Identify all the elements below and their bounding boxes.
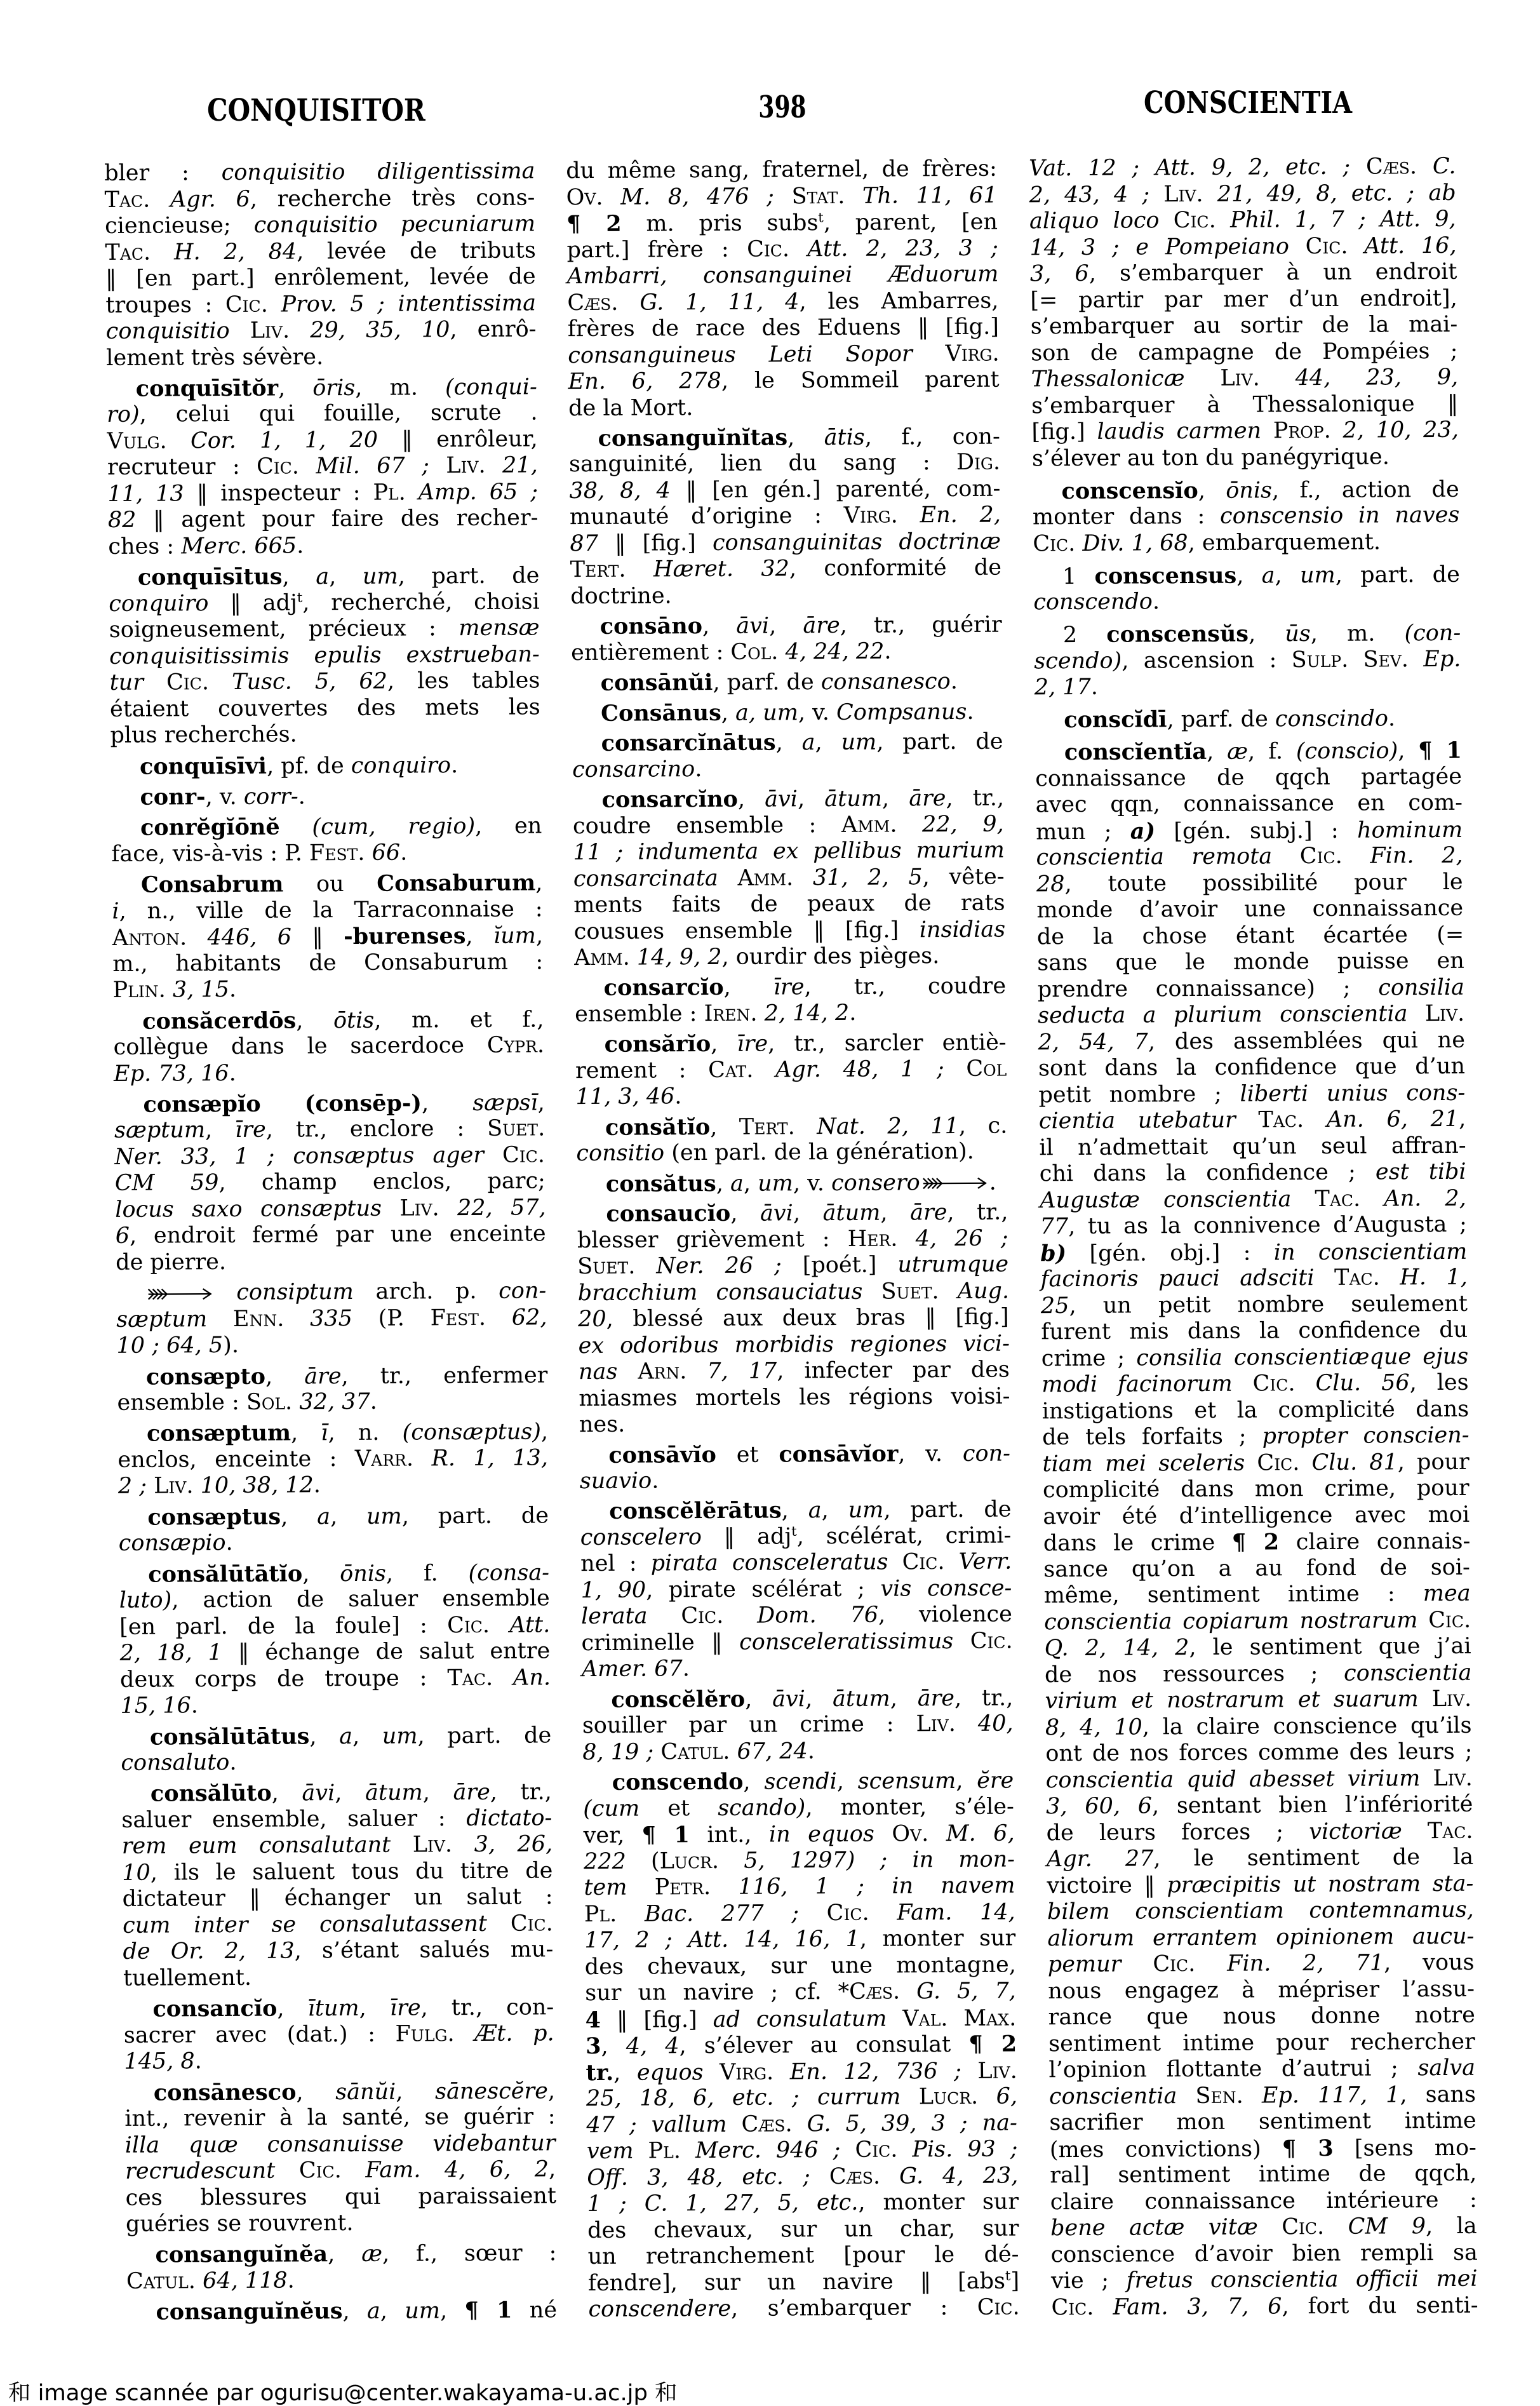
dictionary-line: facinoris pauci adsciti Tac. H. 1,	[1040, 1265, 1467, 1293]
bold-text: consæpto	[146, 1363, 265, 1390]
line-text: consătus, a, um, v. consero.	[606, 1169, 996, 1198]
dictionary-line: 8, 4, 10, la claire conscience qu’ils	[1045, 1712, 1472, 1741]
italic-text: consarcinata	[573, 865, 718, 891]
italic-text: Merc. 665	[181, 533, 297, 559]
line-text: Cic. Div. 1, 68, embarquement.	[1033, 529, 1381, 557]
line-text: seducta a plurium conscientia Liv.	[1038, 1001, 1464, 1030]
bold-text: conscĕlĕrātus	[609, 1498, 782, 1524]
entry-first-line: Consānus, a, um, v. Compsanus.	[572, 698, 1003, 727]
italic-text: dictato-	[466, 1805, 552, 1831]
bold-text: Consabrum	[141, 871, 284, 898]
italic-text: conscendo	[1033, 589, 1153, 615]
italic-text: um	[363, 564, 398, 589]
line-text: 11, 3, 46.	[575, 1084, 681, 1111]
author-abbreviation: Petr.	[655, 1874, 711, 1900]
author-abbreviation: P. Fest.	[285, 840, 365, 866]
author-abbreviation: Liv.	[399, 1195, 439, 1221]
italic-text: in equos	[769, 1822, 874, 1848]
dictionary-line: conquiro ‖ adjt, recherché, choisi	[109, 589, 539, 617]
line-text: Plin. 3, 15.	[112, 977, 236, 1004]
dictionary-line: de leurs forces ; victoriæ Tac.	[1046, 1818, 1473, 1846]
line-text: lerata Cic. Dom. 76, violence	[581, 1602, 1012, 1630]
italic-text: bracchium consauciatus	[577, 1279, 862, 1305]
dictionary-line: sance qu’on a au fond de soi-	[1043, 1554, 1470, 1583]
dictionary-line: consarcino.	[572, 755, 1003, 783]
italic-text: ūs	[1285, 621, 1311, 647]
italic-text: utrumque	[897, 1252, 1008, 1278]
author-abbreviation: Lucr.	[659, 1848, 719, 1874]
line-text: s’élever au ton du panégyrique.	[1032, 444, 1389, 472]
line-text: 4 ‖ [fig.] ad consulatum Val. Max.	[585, 2005, 1016, 2034]
line-text: sentiment intime pour rechercher	[1048, 2029, 1475, 2057]
italic-text: Amer. 67	[582, 1657, 683, 1683]
italic-text: G. 5, 7,	[916, 1979, 1016, 2005]
italic-text: tur	[109, 670, 144, 696]
author-abbreviation: Sen.	[1195, 2083, 1243, 2108]
dictionary-line: Cic. Fam. 3, 7, 6, fort du senti-	[1051, 2292, 1478, 2321]
italic-text: equos	[637, 2060, 704, 2086]
bold-text: consălūto	[151, 1780, 272, 1807]
line-text: sacrifier mon sentiment intime	[1049, 2108, 1476, 2137]
dictionary-line: sans que le monde puisse en	[1037, 948, 1464, 977]
italic-text: locus saxo consæptus	[115, 1196, 382, 1223]
dictionary-line: Ep. 73, 16.	[114, 1059, 544, 1087]
dictionary-line: tem Petr. 116, 1 ; in navem	[584, 1873, 1015, 1902]
author-abbreviation: Sulp. Sev.	[1291, 647, 1409, 673]
author-abbreviation: Cic.	[1153, 1951, 1195, 1977]
dictionary-line: criminelle ‖ consceleratissimus Cic.	[581, 1629, 1012, 1657]
line-text: s’embarquer au sortir de la mai-	[1031, 312, 1458, 340]
italic-text: 38, 8, 4	[569, 478, 671, 504]
line-text: Pl. Bac. 277 ; Cic. Fam. 14,	[584, 1899, 1015, 1928]
italic-text: con-	[963, 1441, 1010, 1466]
dictionary-line: 14, 3 ; e Pompeiano Cic. Att. 16,	[1029, 232, 1456, 261]
line-text: b) [gén. obj.] : in conscientiam	[1040, 1238, 1468, 1267]
author-abbreviation: Cic.	[1282, 2214, 1324, 2240]
author-abbreviation: Stat.	[791, 183, 845, 208]
dictionary-line: s’élever au ton du panégyrique.	[1032, 443, 1459, 472]
dictionary-line: sæptum Enn. 335 (P. Fest. 62,	[116, 1305, 547, 1333]
bold-text: conquīsītus	[138, 564, 283, 591]
superscript: t	[818, 210, 824, 225]
line-text: 47 ; vallum Cæs. G. 5, 39, 3 ; na-	[586, 2110, 1017, 2139]
entry-first-line: consanguĭnĕus, a, um, ¶ 1 né	[126, 2297, 557, 2326]
italic-text: Fam. 3, 7, 6	[1113, 2294, 1282, 2320]
line-text: s’embarquer à Thessalonique ‖	[1031, 391, 1459, 419]
dictionary-line: conscientia copiarum nostrarum Cic.	[1044, 1607, 1471, 1636]
author-abbreviation: Cic.	[1257, 1450, 1299, 1475]
italic-text: 145, 8	[124, 2049, 195, 2075]
italic-text: conquiro	[351, 753, 452, 779]
dictionary-line: 20, blessé aux deux bras ‖ [fig.]	[578, 1305, 1009, 1333]
italic-text: a	[339, 1724, 352, 1749]
dictionary-line: saluer ensemble, saluer : dictato-	[121, 1805, 552, 1834]
italic-text: consitio	[576, 1141, 664, 1167]
italic-text: pemur	[1048, 1952, 1122, 1978]
dictionary-line: s’embarquer au sortir de la mai-	[1031, 312, 1457, 340]
line-text: sacrer avec (dat.) : Fulg. Æt. p.	[124, 2020, 554, 2049]
italic-text: 15, 16	[120, 1693, 191, 1719]
entry-first-line: conscensĭo, ōnis, f., action de	[1032, 476, 1459, 504]
italic-text: conquisitio pecuniarum	[254, 211, 536, 238]
italic-text: ōnis	[340, 1561, 386, 1586]
italic-text: CM 9	[1348, 2214, 1426, 2240]
line-text: conscensĭo, ōnis, f., action de	[1061, 476, 1459, 505]
dictionary-line: scendo), ascension : Sulp. Sev. Ep.	[1034, 646, 1461, 675]
line-text: Augustæ conscientia Tac. An. 2,	[1040, 1185, 1466, 1214]
italic-text: Ner. 33, 1 ; consæptus ager	[114, 1143, 484, 1170]
line-text: Tac. Agr. 6, recherche très cons-	[104, 185, 535, 213]
italic-text: Ep. 73, 16	[114, 1061, 229, 1087]
italic-text: consero	[831, 1170, 920, 1196]
line-text: 6, endroit fermé par une enceinte	[116, 1221, 546, 1250]
dictionary-line: soigneusement, précieux : mensæ	[109, 615, 540, 644]
author-abbreviation: Liv.	[413, 1832, 453, 1858]
line-text: conquīsītŏr, ōris, m. (conqui-	[136, 373, 537, 403]
author-abbreviation: Cic.	[511, 1911, 553, 1936]
italic-text: modi facinorum	[1041, 1371, 1233, 1398]
italic-text: conscindo	[1275, 706, 1388, 732]
italic-text: um	[405, 2299, 440, 2324]
italic-text: ī	[321, 1421, 328, 1446]
italic-text: Amp. 65 ;	[418, 479, 539, 505]
bold-text: consæpĭo	[143, 1091, 260, 1118]
dictionary-line: l’opinion flottante d’autrui ; salva	[1048, 2055, 1475, 2084]
italic-text: 335	[310, 1306, 352, 1331]
italic-text: An.	[513, 1665, 551, 1690]
italic-text: conscientia	[1049, 2083, 1177, 2109]
bold-text: consæptum	[147, 1420, 291, 1447]
dictionary-line: Augustæ conscientia Tac. An. 2,	[1040, 1185, 1466, 1214]
bold-text: consarcĭnātus	[601, 730, 775, 756]
italic-text: consaluto	[121, 1750, 229, 1776]
dictionary-line: ments faits de peaux de rats	[573, 890, 1005, 919]
italic-text: victoriæ	[1309, 1818, 1402, 1845]
entry-first-line: 1 conscensus, a, um, part. de	[1033, 561, 1460, 589]
italic-text: a	[367, 2299, 380, 2324]
dictionary-line: 11 ; indumenta ex pellibus murium	[573, 838, 1004, 866]
dictionary-line: souiller par un crime : Liv. 40,	[582, 1711, 1014, 1740]
bold-text: (consēp-)	[305, 1090, 422, 1117]
dictionary-line: rement : Cat. Agr. 48, 1 ; Col	[575, 1056, 1007, 1084]
dictionary-line: luto), action de saluer ensemble	[119, 1586, 550, 1615]
italic-text: 6	[116, 1223, 130, 1249]
bold-text: conscensĭo	[1061, 477, 1198, 504]
line-text: consăcerdōs, ōtis, m. et f.,	[142, 1006, 544, 1035]
line-text: consæpio.	[119, 1530, 233, 1557]
entry-first-line: 2 conscensŭs, ūs, m. (con-	[1034, 620, 1461, 649]
italic-text: 3, 26,	[474, 1832, 552, 1858]
author-abbreviation: Cic.	[299, 2158, 342, 2183]
bold-text: consălūtātĭo	[148, 1561, 302, 1587]
italic-text: āvi	[760, 1200, 793, 1226]
italic-text: 2, 54, 7	[1038, 1029, 1148, 1055]
line-text: conrĕgĭōnĕ (cum, regio), en	[140, 813, 542, 842]
italic-text: 62,	[512, 1305, 547, 1330]
line-text: sæptum, īre, tr., enclore : Suet.	[114, 1116, 546, 1145]
dictionary-line: rance que nous donne notre	[1048, 2003, 1475, 2031]
line-text: consāno, āvi, āre, tr., guérir	[600, 612, 1002, 641]
author-abbreviation: Cic.	[225, 292, 268, 317]
italic-text: liberti unius cons-	[1240, 1080, 1465, 1106]
line-text: consanguĭnĭtas, ātis, f., con-	[598, 424, 1000, 453]
feathered-arrow-icon	[147, 1286, 213, 1303]
line-text: consarcĭnātus, a, um, part. de	[601, 729, 1003, 758]
dictionary-line: locus saxo consæptus Liv. 22, 57,	[115, 1195, 546, 1223]
italic-text: consilia conscientiæque ejus	[1136, 1343, 1468, 1371]
dictionary-line: 11, 3, 46.	[575, 1082, 1007, 1111]
entry-first-line: conquīsītus, a, um, part. de	[109, 563, 539, 591]
italic-text: um	[848, 1498, 883, 1523]
italic-text: (cum	[583, 1796, 639, 1821]
line-text: de pierre.	[116, 1249, 226, 1276]
line-text: miasmes mortels les régions voisi-	[579, 1383, 1010, 1412]
italic-text: 31, 2, 5	[813, 864, 923, 890]
italic-text: scando)	[718, 1795, 806, 1821]
author-abbreviation: Liv.	[1433, 1765, 1473, 1791]
line-text: scendo), ascension : Sulp. Sev. Ep.	[1034, 646, 1461, 675]
line-text: étaient couvertes des mets les	[110, 694, 540, 723]
italic-text: conquisitio diligentissima	[221, 158, 535, 185]
bold-text: consărĭo	[604, 1031, 711, 1058]
author-abbreviation: Enn.	[233, 1306, 285, 1331]
italic-text: est tibi	[1376, 1159, 1466, 1185]
line-text: 28, toute possibilité pour le	[1036, 869, 1463, 897]
line-text: sance qu’on a au fond de soi-	[1043, 1554, 1470, 1583]
line-text: 11, 13 ‖ inspecteur : Pl. Amp. 65 ;	[107, 479, 538, 507]
line-text: sæptum Enn. 335 (P. Fest. 62,	[116, 1305, 547, 1333]
author-abbreviation: Sol.	[246, 1390, 293, 1415]
entry-first-line: consălūtātĭo, ōnis, f. (consa-	[119, 1559, 549, 1588]
bold-text: consānesco	[154, 2079, 297, 2106]
line-text: bracchium consauciatus Suet. Aug.	[577, 1278, 1009, 1307]
line-text: blesser grièvement : Her. 4, 26 ;	[577, 1225, 1008, 1254]
italic-text: āre	[304, 1364, 342, 1389]
line-text: virium et nostrarum et suarum Liv.	[1045, 1686, 1471, 1715]
dictionary-line: conscelero ‖ adjt, scélérat, crimi-	[580, 1523, 1012, 1552]
entry-first-line: consancĭo, ītum, īre, tr., con-	[123, 1994, 554, 2023]
entry-first-line: consaucĭo, āvi, ātum, āre, tr.,	[577, 1199, 1008, 1228]
italic-text: sæptum	[114, 1118, 205, 1144]
italic-text: Fam. 4, 6, 2	[365, 2156, 549, 2183]
author-abbreviation: Col.	[730, 639, 778, 664]
author-abbreviation: Cæs.	[829, 2163, 880, 2189]
line-text: conscĭentĭa, æ, f. (conscio), ¶ 1	[1064, 737, 1463, 767]
line-text: conscĕlĕrātus, a, um, part. de	[609, 1496, 1012, 1526]
line-text: (cum et scando), monter, s’éle-	[583, 1794, 1014, 1822]
line-text: conquisitio Liv. 29, 35, 10, enrô-	[106, 316, 537, 345]
dictionary-line: [= partir par mer d’un endroit],	[1030, 285, 1457, 314]
dictionary-line: de Or. 2, 13, s’étant salués mu-	[123, 1937, 553, 1966]
entry-first-line: Consabrum ou Consaburum,	[112, 870, 542, 899]
bold-text: conquīsītŏr	[136, 375, 279, 401]
line-text: fendre], sur un navire ‖ [abst]	[588, 2268, 1020, 2297]
dictionary-line: Tac. Agr. 6, recherche très cons-	[104, 185, 535, 213]
italic-text: Cor. 1, 1, 20	[191, 427, 378, 454]
line-text: chi dans la confidence ; est tibi	[1040, 1159, 1466, 1188]
italic-text: āvi	[736, 614, 769, 639]
italic-text: īre	[773, 975, 805, 1000]
italic-text: G. 5, 39, 3 ; na-	[807, 2110, 1017, 2137]
italic-text: ōnis	[1226, 478, 1272, 503]
bold-text: conscĕlĕro	[611, 1686, 745, 1713]
author-abbreviation: Pl.	[373, 480, 406, 505]
italic-text: sæptum	[116, 1307, 207, 1333]
dictionary-line: coudre ensemble : Amm. 22, 9,	[573, 811, 1004, 840]
dictionary-line: sanguinité, lien du sang : Dig.	[569, 450, 1000, 478]
italic-text: Hæret. 32	[653, 556, 789, 582]
line-text: 2 conscensŭs, ūs, m. (con-	[1063, 620, 1461, 649]
dictionary-line: tuellement.	[123, 1963, 554, 1992]
italic-text: consanguineus Leti Sopor	[568, 341, 913, 368]
italic-text: Merc. 946 ;	[695, 2137, 841, 2163]
dictionary-line: 47 ; vallum Cæs. G. 5, 39, 3 ; na-	[586, 2110, 1017, 2139]
line-text: ex odoribus morbidis regiones vici-	[578, 1331, 1010, 1359]
entry-first-line: conscĭentĭa, æ, f. (conscio), ¶ 1	[1035, 737, 1462, 766]
line-text: Consānus, a, um, v. Compsanus.	[601, 699, 974, 728]
line-text: conquīsīvi, pf. de conquiro.	[140, 752, 459, 781]
page-body: bler : conquisitio diligentissimaTac. Ag…	[0, 0, 1540, 2406]
entry-first-line: conrĕgĭōnĕ (cum, regio), en	[111, 813, 542, 842]
section-mark: ¶ 1	[464, 2297, 512, 2323]
italic-text: bilem conscientiam contemnamus,	[1047, 1897, 1474, 1925]
italic-text: Clu. 56	[1315, 1370, 1410, 1396]
line-text: ensemble : Iren. 2, 14, 2.	[575, 1000, 857, 1028]
author-abbreviation: Col	[966, 1056, 1007, 1081]
line-text: de leurs forces ; victoriæ Tac.	[1046, 1818, 1473, 1846]
italic-text: Fam. 14,	[897, 1899, 1015, 1925]
line-text: consaucĭo, āvi, ātum, āre, tr.,	[606, 1199, 1008, 1228]
italic-text: 25	[1041, 1293, 1069, 1319]
italic-text: conquisitissimis epulis exstrueban-	[109, 642, 540, 669]
dictionary-line: 2, 54, 7, des assemblées qui ne	[1038, 1027, 1464, 1056]
line-text: connaissance de qqch partagée	[1035, 763, 1462, 792]
italic-text: 4, 4	[626, 2034, 680, 2059]
dictionary-line: collègue dans le sacerdoce Cypr.	[113, 1032, 544, 1061]
dictionary-line: conscendere, s’embarquer : Cic.	[588, 2295, 1019, 2323]
line-text: luto), action de saluer ensemble	[119, 1586, 550, 1615]
line-text: avec qqn, connaissance en com-	[1035, 790, 1463, 819]
line-text: ro), celui qui fouille, scrute .	[107, 400, 538, 429]
dictionary-line: conscience d’avoir bien rempli sa	[1050, 2240, 1477, 2268]
dictionary-page: CONQUISITOR 398 CONSCIENTIA bler : conqu…	[0, 0, 1540, 2406]
scan-credit: 和 image scannée par ogurisu@center.wakay…	[8, 2381, 677, 2406]
italic-text: ātum	[833, 1686, 890, 1711]
line-text: int., revenir à la santé, se guérir :	[124, 2104, 556, 2132]
italic-text: (conscio)	[1296, 738, 1398, 764]
line-text: illa quæ consanuisse videbantur	[125, 2130, 556, 2159]
line-text: En. 6, 278, le Sommeil parent	[568, 367, 999, 396]
bold-text: Consaburum	[377, 870, 535, 897]
dictionary-line: vem Pl. Merc. 946 ; Cic. Pis. 93 ;	[587, 2137, 1018, 2165]
dictionary-line: ches : Merc. 665.	[108, 532, 539, 560]
dictionary-line: Ambarri, consanguinei Æduorum	[567, 262, 998, 290]
author-abbreviation: Cæs.	[741, 2111, 792, 2137]
author-abbreviation: Cic.	[1305, 233, 1348, 259]
author-abbreviation: Pl.	[648, 2139, 681, 2164]
italic-text: 1, 90	[580, 1578, 646, 1604]
dictionary-line: plus recherchés.	[110, 721, 540, 749]
author-abbreviation: Liv.	[154, 1474, 194, 1499]
bold-text: consæptus	[147, 1503, 281, 1530]
line-text: nes.	[579, 1412, 626, 1439]
line-text: conr-, v. corr-.	[140, 783, 305, 811]
author-abbreviation: Tac.	[1258, 1107, 1304, 1132]
italic-text: Ep. 117, 1	[1262, 2082, 1400, 2108]
italic-text: Mil. 67 ;	[316, 454, 429, 480]
line-text: sans que le monde puisse en	[1037, 948, 1464, 977]
author-abbreviation: Tert.	[570, 557, 626, 582]
author-abbreviation: Liv.	[250, 318, 290, 343]
italic-text: 11, 13	[107, 481, 184, 507]
line-text: ont de nos forces comme des leurs ;	[1045, 1739, 1472, 1768]
italic-text: aliquo loco	[1029, 208, 1160, 234]
author-abbreviation: Cic.	[1174, 208, 1216, 233]
dictionary-line: En. 6, 278, le Sommeil parent	[568, 367, 999, 396]
line-text: nous engagez à mépriser l’assu-	[1048, 1976, 1475, 2005]
line-text: furent mis dans la confidence du	[1041, 1317, 1468, 1346]
dictionary-line: conscientia remota Cic. Fin. 2,	[1036, 843, 1463, 871]
line-text: 222 (Lucr. 5, 1297) ; in mon-	[584, 1846, 1015, 1875]
dictionary-line: chi dans la confidence ; est tibi	[1040, 1159, 1466, 1188]
dictionary-line: ver, ¶ 1 int., in equos Ov. M. 6,	[583, 1820, 1014, 1849]
bold-text: consăcerdōs	[142, 1007, 296, 1034]
line-text: consălūtātus, a, um, part. de	[150, 1722, 552, 1751]
italic-text: consceleratissimus	[739, 1629, 953, 1655]
line-text: cum inter se consalutassent Cic.	[123, 1911, 553, 1939]
author-abbreviation: Cic.	[970, 1629, 1012, 1654]
entry-first-line: consălūto, āvi, ātum, āre, tr.,	[121, 1779, 552, 1808]
italic-text: æ	[361, 2241, 382, 2267]
dictionary-line: 1 ; C. 1, 27, 5, etc., monter sur	[587, 2189, 1019, 2218]
italic-text: lerata	[581, 1604, 648, 1630]
author-abbreviation: Liv.	[446, 453, 486, 478]
bold-italic-label: b)	[1040, 1240, 1066, 1267]
line-text: conquisitissimis epulis exstrueban-	[109, 642, 540, 670]
bold-text: consătus	[606, 1171, 716, 1197]
italic-text: 25, 18, 6, etc. ; currum	[586, 2085, 901, 2112]
line-text: de tels forfaits ; propter conscien-	[1042, 1423, 1470, 1451]
line-text: conscendere, s’embarquer : Cic.	[588, 2295, 1020, 2323]
italic-text: En. 6, 278	[568, 368, 721, 394]
italic-text: Fin. 2, 71	[1227, 1950, 1384, 1976]
line-text: entièrement : Col. 4, 24, 22.	[571, 638, 892, 666]
bold-text: 4	[585, 2007, 601, 2033]
line-text: des chevaux, sur un char, sur	[587, 2215, 1019, 2244]
line-text: du même sang, fraternel, de frères:	[566, 156, 997, 185]
italic-text: 77	[1040, 1214, 1068, 1239]
italic-text: 67, 24	[737, 1738, 808, 1764]
dictionary-line: rem eum consalutant Liv. 3, 26,	[122, 1832, 552, 1860]
bold-text: conscĭentĭa	[1064, 739, 1207, 765]
line-text: consæptus, a, um, part. de	[147, 1502, 549, 1531]
dictionary-line: avoir été d’intelligence avec moi	[1043, 1502, 1470, 1530]
line-text: consānŭi, parf. de consanesco.	[600, 668, 958, 697]
dictionary-line: tur Cic. Tusc. 5, 62, les tables	[109, 668, 540, 697]
dictionary-line: il n’admettait qu’un seul affran-	[1039, 1132, 1466, 1161]
italic-text: Vat. 12 ; Att. 9, 2, etc. ;	[1029, 154, 1350, 182]
line-text: 77, tu as la connivence d’Augusta ;	[1040, 1212, 1467, 1240]
dictionary-line: tiam mei sceleris Cic. Clu. 81, pour	[1042, 1449, 1469, 1477]
line-text: 1 ; C. 1, 27, 5, etc., monter sur	[587, 2189, 1019, 2218]
italic-text: C.	[1433, 154, 1456, 179]
italic-text: M. 6,	[946, 1821, 1015, 1847]
dictionary-line: Suet. Ner. 26 ; [poét.] utrumque	[577, 1252, 1008, 1280]
entry-first-line: conr-, v. corr-.	[110, 782, 541, 810]
italic-text: Agr. 48, 1 ;	[775, 1056, 944, 1082]
dictionary-line: nel : pirata consceleratus Cic. Verr.	[580, 1549, 1012, 1578]
line-text: Tert. Hæret. 32, conformité de	[570, 555, 1002, 584]
